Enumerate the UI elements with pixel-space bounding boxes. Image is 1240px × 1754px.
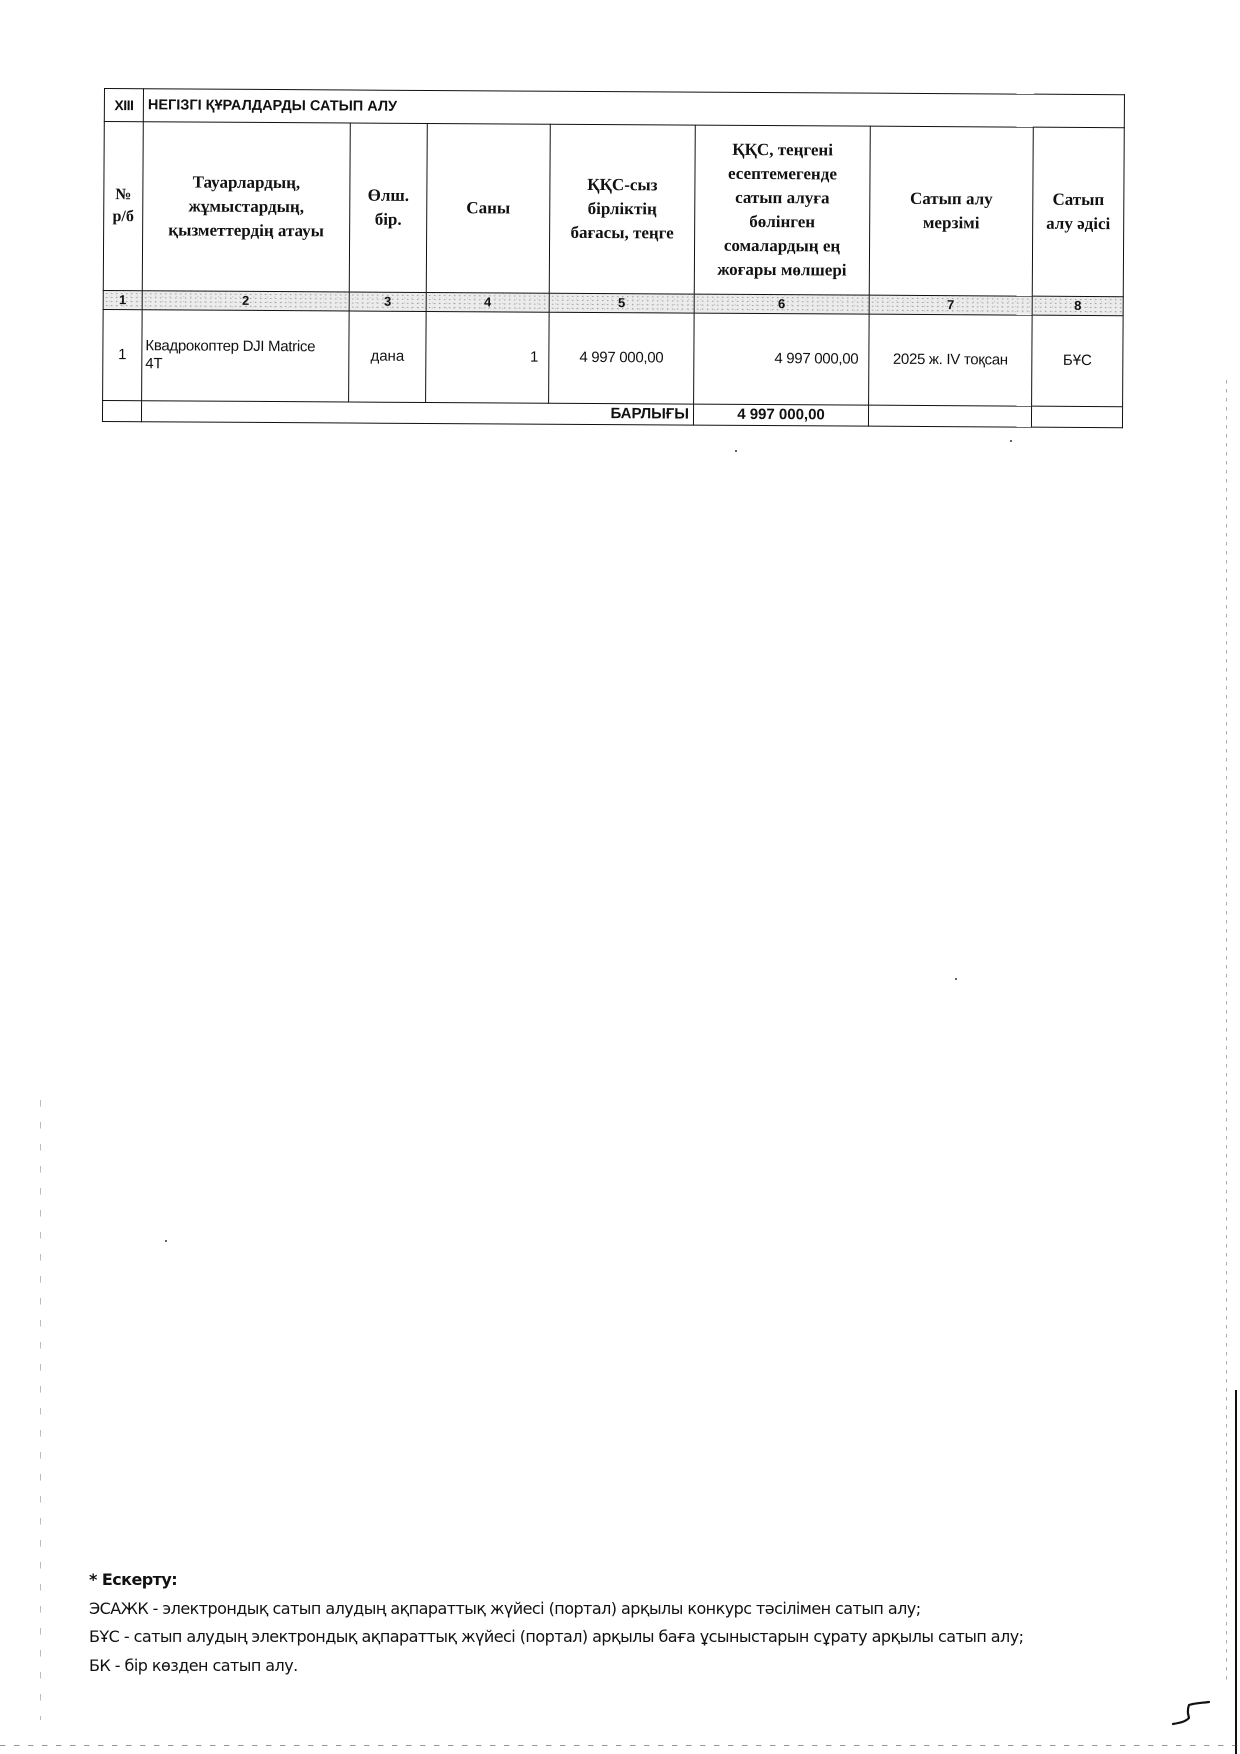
header-line: бағасы, теңге	[554, 221, 690, 246]
column-number: 4	[426, 292, 549, 312]
total-value: 4 997 000,00	[693, 404, 868, 426]
footnote-item: ЭСАЖК - электрондық сатып алудың ақпарат…	[89, 1595, 1189, 1624]
column-number: 1	[103, 290, 142, 309]
header-line: алу әдісі	[1037, 212, 1119, 237]
header-line: мерзімі	[874, 211, 1028, 236]
procurement-period: 2025 ж. IV тоқсан	[869, 314, 1033, 406]
column-number: 6	[694, 294, 869, 314]
section-number: XIII	[104, 89, 143, 122]
row-number: 1	[103, 309, 143, 400]
header-line: есептемегенде	[699, 162, 865, 187]
header-row-number: №р/б	[103, 122, 143, 291]
scan-speck	[735, 450, 737, 452]
item-name: Квадрокоптер DJI Matrice 4T	[142, 310, 350, 402]
footnote-abbreviation: БҰС	[89, 1627, 119, 1646]
column-number: 3	[349, 292, 426, 311]
header-line: Тауарлардың,	[147, 170, 345, 195]
empty-cell	[102, 400, 141, 421]
header-line: ҚҚС-сыз	[554, 173, 690, 198]
scan-noise	[1226, 380, 1227, 1680]
empty-cell	[868, 405, 1031, 427]
procurement-table: XIII НЕГІЗГІ ҚҰРАЛДАРДЫ САТЫП АЛУ №р/б Т…	[102, 88, 1125, 428]
scan-edge-line	[1235, 1390, 1237, 1754]
header-line: бірліктің	[554, 197, 690, 222]
scan-speck	[165, 1240, 167, 1242]
header-max-amount: ҚҚС, теңгеніесептемегендесатып алуғабөлі…	[694, 125, 870, 295]
header-line: Саны	[431, 196, 545, 221]
column-header-row: №р/б Тауарлардың,жұмыстардың,қызметтерді…	[103, 122, 1124, 297]
column-number: 8	[1032, 296, 1123, 316]
header-line: жұмыстардың,	[147, 194, 345, 219]
table-row: 1 Квадрокоптер DJI Matrice 4T дана 1 4 9…	[103, 309, 1124, 406]
footnote-abbreviation: ЭСАЖК	[89, 1599, 148, 1618]
column-number: 7	[869, 295, 1032, 315]
max-amount: 4 997 000,00	[694, 313, 870, 405]
header-line: бөлінген	[699, 210, 865, 235]
scanned-document-page: XIII НЕГІЗГІ ҚҰРАЛДАРДЫ САТЫП АЛУ №р/б Т…	[0, 0, 1240, 1754]
footnote-item: БҰС - сатып алудың электрондық ақпаратты…	[89, 1623, 1189, 1652]
item-name-line: 4T	[145, 355, 344, 374]
column-number: 5	[549, 293, 694, 313]
footnote-definition: - бір көзден сатып алу.	[110, 1656, 297, 1675]
header-quantity: Саны	[426, 123, 550, 293]
header-procurement-period: Сатып алумерзімі	[869, 126, 1033, 296]
scan-noise	[40, 1100, 41, 1720]
scan-noise	[0, 1745, 1240, 1746]
footnote: * Ескерту: ЭСАЖК - электрондық сатып алу…	[89, 1566, 1189, 1680]
footnote-abbreviation: БК	[89, 1656, 110, 1675]
item-name-line: Квадрокоптер DJI Matrice	[145, 337, 344, 356]
quantity: 1	[426, 311, 550, 403]
header-line: сатып алуға	[699, 186, 865, 211]
total-label: БАРЛЫҒЫ	[141, 401, 693, 425]
header-procurement-method: Сатыпалу әдісі	[1032, 127, 1124, 297]
header-line: Сатып алу	[874, 187, 1028, 212]
column-number: 2	[142, 291, 349, 311]
header-item-name: Тауарлардың,жұмыстардың,қызметтердің ата…	[142, 122, 350, 292]
header-line: бір.	[354, 208, 422, 232]
footnote-definition: - электрондық сатып алудың ақпараттық жү…	[148, 1599, 920, 1618]
footnote-title: * Ескерту:	[89, 1566, 1189, 1595]
header-line: Сатып	[1037, 188, 1119, 213]
header-unit: Өлш.бір.	[349, 123, 427, 292]
header-line: сомалардың ең	[699, 234, 865, 259]
unit-price: 4 997 000,00	[549, 312, 695, 404]
scan-speck	[955, 978, 957, 980]
footnote-item: БК - бір көзден сатып алу.	[89, 1652, 1189, 1681]
header-line: Өлш.	[354, 184, 422, 208]
header-line: №	[106, 184, 140, 206]
empty-cell	[1031, 406, 1122, 428]
handwritten-page-number: 5	[1165, 1690, 1215, 1730]
scan-speck	[1010, 440, 1012, 442]
header-line: жоғары мөлшері	[699, 258, 865, 283]
unit-of-measure: дана	[349, 311, 427, 402]
header-line: р/б	[106, 206, 140, 228]
header-line: ҚҚС, теңгені	[700, 138, 866, 163]
header-unit-price: ҚҚС-сызбірліктіңбағасы, теңге	[549, 124, 695, 294]
footnote-definition: - сатып алудың электрондық ақпараттық жү…	[119, 1627, 1023, 1646]
procurement-method: БҰС	[1032, 315, 1124, 407]
header-line: қызметтердің атауы	[147, 218, 345, 243]
